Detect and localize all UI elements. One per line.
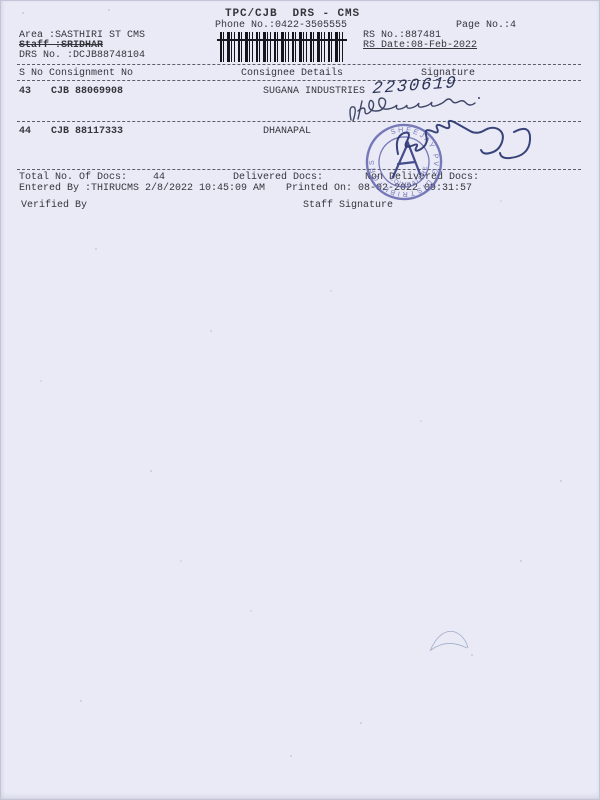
delivered-docs-label: Delivered Docs: [233, 173, 323, 183]
total-docs-label: Total No. Of Docs: [19, 173, 127, 183]
drs-number-field: DRS No. :DCJB88748104 [19, 51, 145, 61]
total-docs-value: 44 [153, 173, 165, 183]
stray-pen-mark [430, 631, 468, 651]
phone-number: Phone No.:0422-3505555 [215, 21, 347, 31]
row-consignee: DHANAPAL [263, 127, 311, 137]
document-title: TPC/CJB DRS - CMS [225, 9, 360, 19]
rs-date-field: RS Date:08-Feb-2022 [363, 41, 477, 51]
handwritten-number: 2230619 [372, 75, 458, 98]
separator-line [17, 64, 581, 65]
printed-on-field: Printed On: 08-02-2022 09:31:57 [286, 184, 472, 194]
stamp-ring-text: SHEEJAY PVG DISTRIBUTORS [353, 111, 455, 213]
row-sno: 43 [19, 87, 31, 97]
col-header-sno: S No [19, 69, 43, 79]
separator-line [17, 121, 581, 122]
barcode-icon [220, 32, 344, 62]
scanned-delivery-run-sheet: TPC/CJB DRS - CMS Phone No.:0422-3505555… [0, 0, 600, 800]
svg-text:SHEEJAY PVG DISTRIBUTORS: SHEEJAY PVG DISTRIBUTORS [353, 111, 455, 213]
col-header-consignee: Consignee Details [241, 69, 343, 79]
page-number: Page No.:4 [456, 21, 516, 31]
separator-line [17, 80, 581, 81]
verified-by-label: Verified By [21, 201, 87, 211]
row-consignment-no: CJB 88069908 [51, 87, 123, 97]
rubber-stamp: SHEEJAY PVG DISTRIBUTORS COIMBATORE [353, 111, 455, 213]
row-sno: 44 [19, 127, 31, 137]
non-delivered-docs-label: Non Delivered Docs: [365, 173, 479, 183]
handwritten-signature-row43 [350, 98, 475, 121]
pen-dot [478, 97, 480, 99]
entered-by-field: Entered By :THIRUCMS 2/8/2022 10:45:09 A… [19, 184, 265, 194]
staff-signature-label: Staff Signature [303, 201, 393, 211]
col-header-consignment: Consignment No [49, 69, 133, 79]
row-consignment-no: CJB 88117333 [51, 127, 123, 137]
ink-speck [471, 654, 473, 656]
row-consignee: SUGANA INDUSTRIES [263, 87, 365, 97]
handwritten-signature-row44 [397, 121, 530, 158]
separator-line [17, 169, 581, 170]
